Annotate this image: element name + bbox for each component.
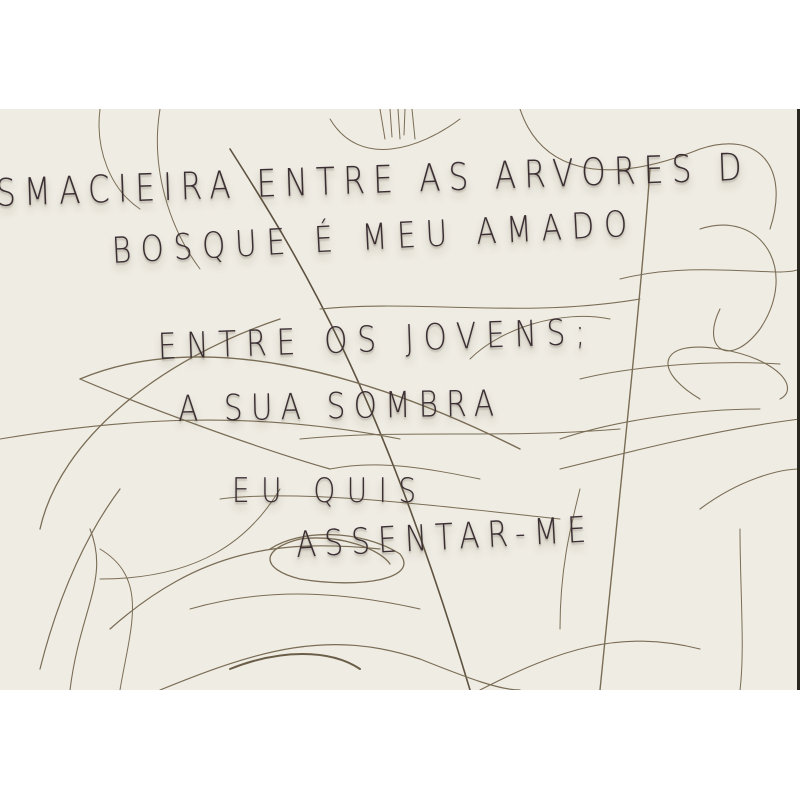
verse-line-4: A SUA SOMBRA: [178, 383, 503, 430]
verse-line-5: EU QUIS: [232, 471, 428, 511]
etching-print: SMACIEIRA ENTRE AS ARVORES D BOSQUE É ME…: [0, 109, 800, 690]
